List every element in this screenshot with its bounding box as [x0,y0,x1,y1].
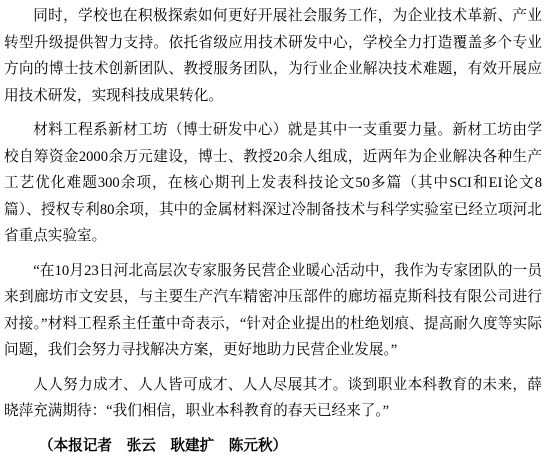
article-paragraph-3: “在10月23日河北高层次专家服务民营企业暖心活动中，我作为专家团队的一员来到廊… [4,258,542,364]
article-paragraph-2: 材料工程系新材工坊（博士研发中心）就是其中一支重要力量。新材工坊由学校自筹资金2… [4,117,542,250]
article-paragraph-4: 人人努力成才、人人皆可成才、人人尽展其才。谈到职业本科教育的未来，薛晓萍充满期待… [4,372,542,425]
article-paragraph-1: 同时，学校也在积极探索如何更好开展社会服务工作，为企业技术革新、产业转型升级提供… [4,3,542,109]
article-body: 同时，学校也在积极探索如何更好开展社会服务工作，为企业技术革新、产业转型升级提供… [0,0,546,471]
reporter-byline: （本报记者 张云 耿建扩 陈元秋） [4,433,542,460]
